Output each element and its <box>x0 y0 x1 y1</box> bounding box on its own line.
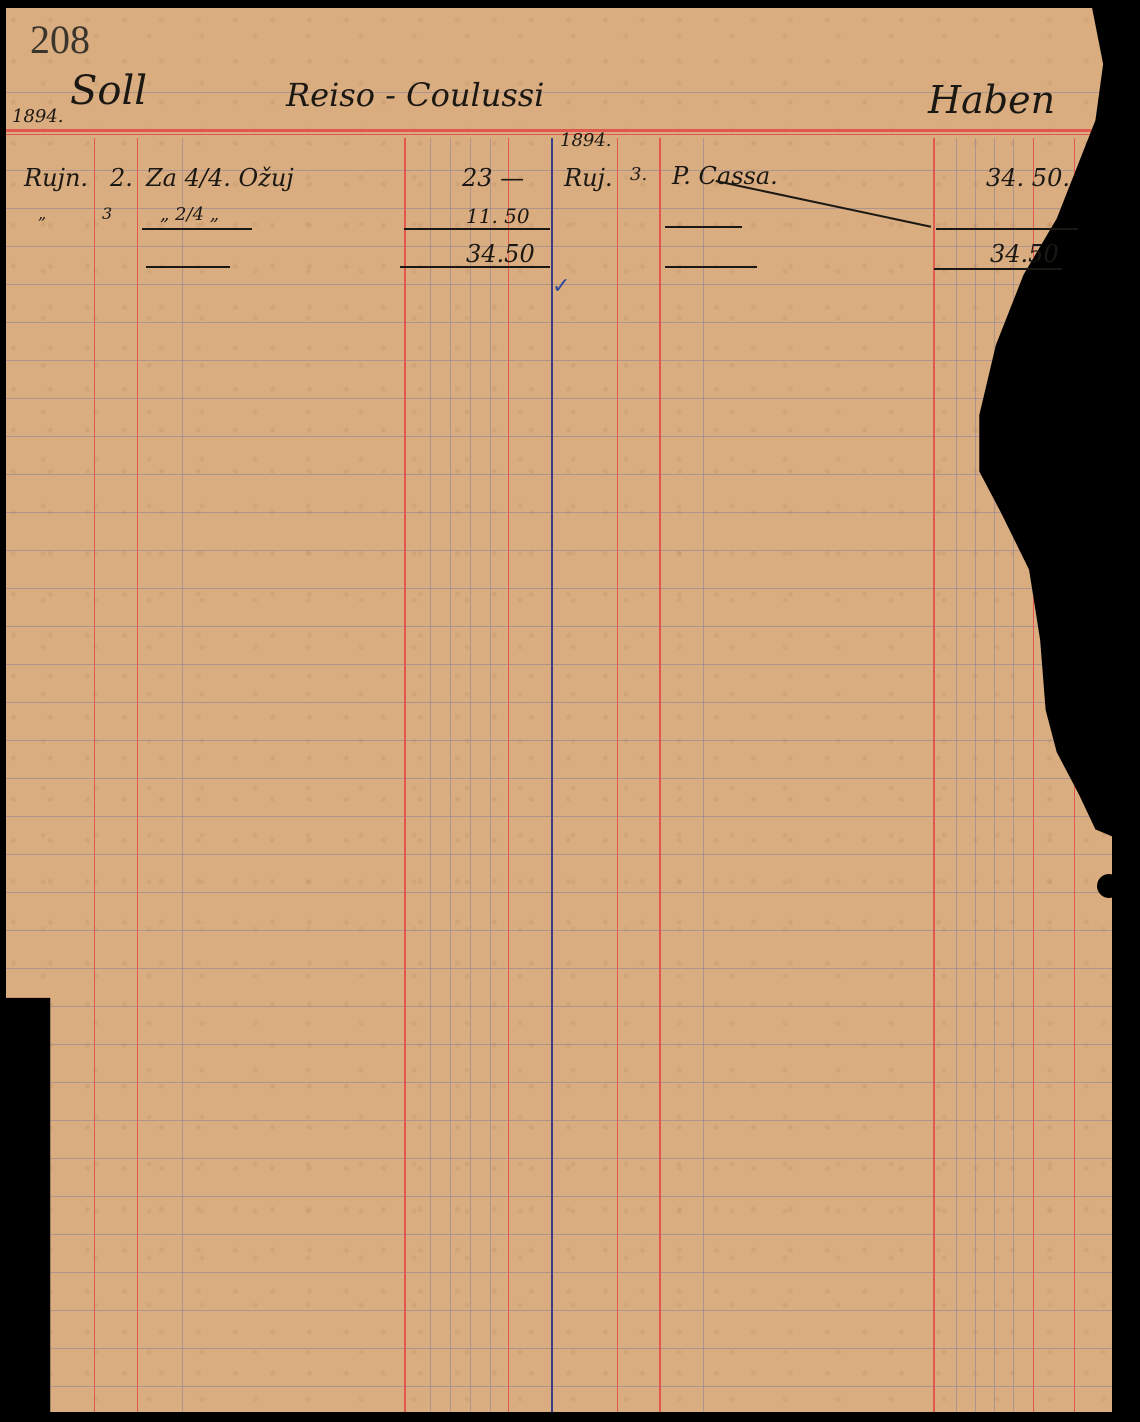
debit-year: 1894. <box>12 106 64 127</box>
debit-total: 34.50 <box>466 240 535 268</box>
credit-heading: Haben <box>928 78 1055 122</box>
check-mark-icon: ✓ <box>552 274 570 299</box>
entry-amount: 34. 50. <box>986 164 1070 192</box>
entry-description: P. Cassa. <box>672 162 778 190</box>
entry-month: Rujn. <box>24 164 88 192</box>
debit-heading: Soll <box>70 68 147 114</box>
ledger-scan: 208 Soll Reiso - Coulussi Haben 1894. Ru… <box>0 0 1140 1422</box>
center-divider <box>551 138 553 1412</box>
entry-day: 2. <box>110 164 133 192</box>
header-rule <box>6 129 1112 132</box>
account-name: Reiso - Coulussi <box>286 76 544 114</box>
entry-amount: 23 — <box>462 164 524 192</box>
credit-total: 34.50 <box>990 240 1059 268</box>
credit-year: 1894. <box>560 130 612 151</box>
entry-month: Ruj. <box>564 164 613 192</box>
entry-description: „ 2/4 „ <box>160 204 219 225</box>
entry-day: 3. <box>630 164 647 185</box>
entry-amount: 11. 50 <box>466 204 530 228</box>
entry-description: Za 4/4. Ožuj <box>146 164 294 192</box>
entry-day: 3 <box>102 204 112 223</box>
punch-hole <box>1097 874 1121 898</box>
entry-month: „ <box>38 204 46 223</box>
page-number: 208 <box>30 16 90 63</box>
